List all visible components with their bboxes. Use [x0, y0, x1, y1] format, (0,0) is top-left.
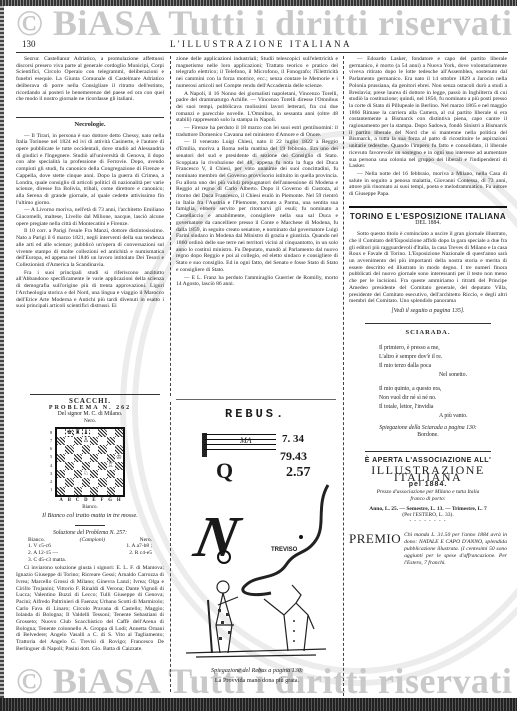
chess-square: ♝: [82, 429, 90, 437]
verse-line: A più vanto.: [439, 412, 507, 421]
chess-square: [90, 462, 98, 470]
solution-move-white: 3. C d5-c3 matta.: [28, 557, 66, 564]
advert-subscription-note: Prezzo d'associazione per Milano e tutta…: [349, 489, 507, 496]
chess-piece-icon: ♖: [108, 462, 114, 469]
rank-label: 5: [50, 454, 52, 461]
verse-line: Nel sonetto.: [439, 371, 507, 380]
rank-label: 4: [50, 463, 52, 470]
chess-square: ♖: [107, 462, 115, 470]
solution-header-black: Nero.: [140, 537, 152, 544]
chess-square: [65, 478, 73, 486]
chess-black-label: Nero.: [16, 418, 164, 425]
necrology-paragraph: Fra i suoi principali studi si riferisco…: [16, 270, 164, 310]
header-rule: [16, 52, 508, 53]
torino-rule: [349, 206, 507, 208]
sciarada-stanza-2: Il mio quinto, a questo era, Non vuol di…: [379, 385, 507, 421]
necrology-paragraph: Il 10 corr. a Parigi l'esule Fra Manzi, …: [16, 228, 164, 268]
chess-square: [107, 470, 115, 478]
rebus-rule: [176, 399, 336, 400]
file-label: H: [117, 498, 121, 505]
chess-white-label: Bianco.: [16, 505, 164, 512]
article-paragraph: — Il venerato Luigi Chiesi, nato il 22 l…: [176, 139, 338, 273]
chess-square: [98, 429, 106, 437]
rank-label: 3: [50, 471, 52, 478]
intro-paragraph: Sezrur. Castellanur Adriatico, a promula…: [16, 56, 164, 103]
chess-square: [74, 478, 82, 486]
chess-board: 87654321 ♚♜♝♙♔♖♘: [55, 427, 125, 497]
necrology-paragraph: — Il Tirari, in persona è suo dottore de…: [16, 133, 164, 207]
chess-rank-labels: 87654321: [50, 429, 52, 495]
column-3: — Edoardo Lasker, fondatore e capo del p…: [349, 56, 507, 567]
chess-square: [74, 470, 82, 478]
chess-square: [98, 487, 106, 495]
masthead: L'ILLUSTRAZIONE ITALIANA: [16, 39, 506, 49]
necrology-title: Necrologie.: [16, 122, 164, 129]
chess-square: [98, 437, 106, 445]
chess-square: [107, 454, 115, 462]
chess-square: [90, 437, 98, 445]
advert-postage-note: franco di porto:: [349, 496, 507, 503]
file-label: A: [59, 498, 62, 505]
copyright-watermark-top: © BiASA Tutti i diritti riservati: [16, 2, 512, 44]
chess-square: [74, 445, 82, 453]
chess-square: [115, 487, 123, 495]
chess-square: [65, 470, 73, 478]
chess-square: [74, 462, 82, 470]
solution-move-row: 1. V c5-c6 1. A a7-b8 ;: [28, 543, 152, 550]
chess-square: [115, 429, 123, 437]
chess-square: [57, 437, 65, 445]
scan-edge: [0, 0, 4, 711]
section-rule: [16, 117, 164, 118]
chess-square: ♜: [74, 429, 82, 437]
chess-square: [98, 478, 106, 486]
chess-square: [74, 454, 82, 462]
chess-rule: [30, 394, 160, 395]
chess-square: [65, 487, 73, 495]
sciarada-stanza-1: Il primiero, è presso a me, L'altro è se…: [379, 344, 507, 380]
advert-divider: - - - - - - - -: [349, 519, 507, 526]
chess-square: [115, 470, 123, 478]
solution-title: Soluzione del Problema N. 257:: [16, 530, 164, 537]
chess-square: [98, 445, 106, 453]
solution-move-black: 1. A a7-b8 ;: [126, 543, 152, 550]
chess-square: [98, 462, 106, 470]
chess-square: [98, 454, 106, 462]
chess-solvers-list: Ci inviarono soluzione giusta i signori:…: [16, 565, 164, 652]
chess-square: [115, 462, 123, 470]
chess-square: [107, 445, 115, 453]
solution-move-black: 2. R c4-e5: [129, 550, 152, 557]
chess-square: [74, 437, 82, 445]
chess-square: [82, 462, 90, 470]
sciarada-solution-line: Spiegazione della Sciarada a pagina 130:: [349, 425, 507, 432]
torino-body: Sotto questo titolo è cominciato a uscir…: [349, 231, 507, 305]
chess-piece-icon: ♚: [66, 429, 72, 436]
column-2: zione delle applicazioni industriali; St…: [176, 56, 338, 289]
article-paragraph: — E L. Franz ha perduto l'ammiraglio Gue…: [176, 275, 338, 288]
rank-label: 8: [50, 430, 52, 437]
column-divider-1: [170, 56, 171, 396]
chess-piece-icon: ♜: [75, 429, 81, 436]
article-paragraph: A Napoli, il 16 Nonno dei giornalisti na…: [176, 91, 338, 125]
chess-square: [82, 478, 90, 486]
chess-square: ♘: [82, 470, 90, 478]
chess-square: [90, 429, 98, 437]
advert-rule: [365, 451, 491, 452]
chess-square: [57, 470, 65, 478]
solution-move-row: 2. A 12-15 — 2. R c4-e5: [28, 550, 152, 557]
rank-label: 1: [50, 487, 52, 494]
verse-line: Il totale, lettor, l'invidia: [379, 403, 507, 412]
article-paragraph: — Nella notte del 16 febbraio, moriva a …: [349, 171, 507, 198]
verse-line: Il mio terzo dalla poca: [379, 362, 507, 371]
advert-year: pel 1884.: [349, 482, 507, 489]
column-divider-2: [343, 56, 344, 696]
chess-file-labels: ABCDEFGH: [57, 498, 123, 505]
chess-square: [82, 487, 90, 495]
premio-text: Chi manda L. 31.50 per l'anno 1884 avrà …: [404, 532, 507, 567]
chess-square: ♚: [65, 429, 73, 437]
chess-square: [90, 470, 98, 478]
scan-bottom-border: [0, 698, 517, 711]
rank-label: 2: [50, 479, 52, 486]
chess-square: [107, 487, 115, 495]
rebus-caption: Spiegazione del Rebus a pagina 130: La P…: [176, 666, 338, 686]
chess-square: [107, 478, 115, 486]
chess-square: [115, 478, 123, 486]
chess-piece-icon: ♔: [116, 454, 122, 461]
chess-square: [107, 429, 115, 437]
chess-square: [90, 454, 98, 462]
rebus-title: REBUS.: [225, 407, 286, 421]
rebus-drawing-icon: [176, 425, 338, 665]
rebus-illustration: MA 7. 34 79.43 2.57 Q N TREVISO: [176, 425, 338, 665]
torino-title: TORINO E L'ESPOSIZIONE ITALIANA: [349, 214, 507, 221]
chess-square: [65, 454, 73, 462]
article-paragraph: zione delle applicazioni industriali; St…: [176, 56, 338, 90]
chess-square: [107, 437, 115, 445]
chess-square: [74, 487, 82, 495]
file-label: D: [84, 498, 87, 505]
sciarada-solution-word: Bordone.: [349, 432, 507, 439]
file-label: B: [68, 498, 71, 505]
chess-solution-rule: [75, 525, 105, 526]
article-paragraph: — Edoardo Lasker, fondatore e capo del p…: [349, 56, 507, 170]
verse-line: Non vuol dir né sì né no.: [379, 394, 507, 403]
chess-piece-icon: ♘: [83, 470, 89, 477]
solution-move-white: 1. V c5-c6: [28, 543, 51, 550]
chess-square: [82, 445, 90, 453]
article-paragraph: — Firenze ha perduto il 18 marzo con lei…: [176, 125, 338, 138]
chess-square: [57, 454, 65, 462]
chess-author: Del signor M. C. di Milano.: [16, 411, 164, 418]
verse-line: L'altro è sempre dov'è il re.: [379, 353, 507, 362]
sciarada-rule: [365, 323, 491, 324]
file-label: G: [108, 498, 112, 505]
file-label: E: [92, 498, 95, 505]
rebus-caption-line2: La Provvida mano dona più grata.: [176, 676, 338, 686]
chess-square: [115, 445, 123, 453]
rank-label: 7: [50, 438, 52, 445]
chess-piece-icon: ♝: [83, 429, 89, 436]
chess-square: [57, 445, 65, 453]
chess-square: [82, 454, 90, 462]
solution-header-middle: (Campioni): [80, 537, 105, 544]
verse-line: Il primiero, è presso a me,: [379, 344, 507, 353]
chess-square: [57, 462, 65, 470]
chess-square: [98, 470, 106, 478]
chess-square: ♔: [115, 454, 123, 462]
sciarada-title: SCIARADA.: [349, 330, 507, 337]
chess-square: [57, 429, 65, 437]
column-divider-3: [170, 402, 171, 692]
chess-square: [90, 478, 98, 486]
solution-move-row: 3. C d5-c3 matta.: [28, 557, 152, 564]
necrology-paragraph: — A Livorno moriva, nell'età di 73 anni,…: [16, 207, 164, 227]
rank-label: 6: [50, 446, 52, 453]
chess-square: [65, 462, 73, 470]
page-header: 130 L'ILLUSTRAZIONE ITALIANA: [16, 39, 506, 51]
chess-square: [57, 487, 65, 495]
solution-headers: Bianco. (Campioni) Nero.: [28, 537, 152, 544]
solution-header-white: Bianco.: [28, 537, 45, 544]
chess-caption: Il Bianco col tratto matta in tre mosse.: [16, 513, 164, 520]
chess-square: [90, 487, 98, 495]
premio-word: PREMIO: [349, 532, 401, 567]
advert-foreign-price: (Per l'ESTERO, L. 33).: [349, 512, 507, 519]
chess-square: ♙: [82, 437, 90, 445]
chess-square: [65, 437, 73, 445]
advert-premio: PREMIO Chi manda L. 31.50 per l'anno 188…: [349, 532, 507, 567]
chess-square: [115, 437, 123, 445]
chess-square: [90, 445, 98, 453]
torino-subtitle: DEL 1884.: [349, 220, 507, 227]
chess-section-title: SCACCHI.: [16, 398, 164, 405]
chess-square: [57, 478, 65, 486]
chess-piece-icon: ♙: [83, 437, 89, 444]
column-1: Sezrur. Castellanur Adriatico, a promula…: [16, 56, 164, 311]
rebus-caption-line1: Spiegazione del Rebus a pagina 130:: [176, 666, 338, 676]
verse-line: Il mio quinto, a questo era,: [379, 385, 507, 394]
file-label: C: [76, 498, 79, 505]
torino-continue-note: [Vedi il seguito a pagina 135].: [349, 308, 507, 315]
chess-section: SCACCHI. PROBLEMA N. 262 Del signor M. C…: [16, 398, 164, 654]
file-label: F: [100, 498, 103, 505]
advert-publication-name: ILLUSTRAZIONE ITALIANA: [349, 467, 507, 480]
chess-square: [65, 445, 73, 453]
solution-move-white: 2. A 12-15 —: [28, 550, 58, 557]
chess-problem-title: PROBLEMA N. 262: [16, 405, 164, 412]
